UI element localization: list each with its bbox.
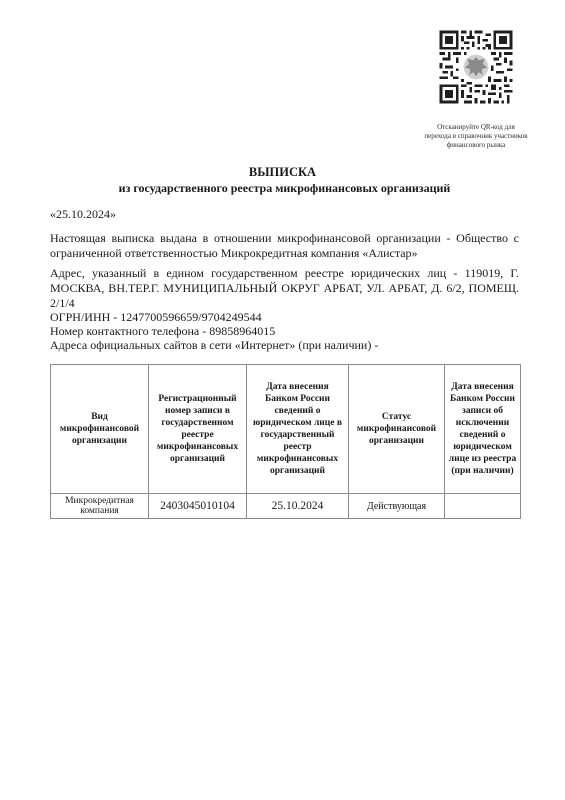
document-subtitle: из государственного реестра микрофинансо… (0, 181, 565, 196)
header-reg-number: Регистрационный номер записи в государст… (149, 365, 247, 494)
header-status: Статус микрофинансовой организации (349, 365, 445, 494)
phone-line: Номер контактного телефона - 89858964015 (50, 324, 519, 338)
qr-code-icon[interactable] (437, 28, 515, 106)
websites-line: Адреса официальных сайтов в сети «Интерн… (50, 338, 519, 352)
cell-status: Действующая (349, 494, 445, 519)
cell-date-excluded (445, 494, 521, 519)
header-date-excluded: Дата внесения Банком России записи об ис… (445, 365, 521, 494)
header-org-type: Вид микрофинансовой организации (51, 365, 149, 494)
intro-paragraph: Настоящая выписка выдана в отношении мик… (50, 231, 519, 261)
table-row: Микрокредитная компания 2403045010104 25… (51, 494, 521, 519)
table-header-row: Вид микрофинансовой организации Регистра… (51, 365, 521, 494)
header-date-added: Дата внесения Банком России сведений о ю… (247, 365, 349, 494)
document-title: ВЫПИСКА (0, 165, 565, 180)
document-page: Отсканируйте QR-код для перехода в справ… (0, 0, 565, 800)
cell-reg-number: 2403045010104 (149, 494, 247, 519)
registry-table: Вид микрофинансовой организации Регистра… (50, 364, 521, 519)
qr-block: Отсканируйте QR-код для перехода в справ… (424, 28, 528, 150)
identifiers-block: ОГРН/ИНН - 1247700596659/9704249544 Номе… (50, 310, 519, 352)
cell-org-type: Микрокредитная компания (51, 494, 149, 519)
qr-caption: Отсканируйте QR-код для перехода в справ… (424, 123, 528, 150)
address-paragraph: Адрес, указанный в едином государственно… (50, 266, 519, 311)
cell-date-added: 25.10.2024 (247, 494, 349, 519)
ogrn-inn-line: ОГРН/ИНН - 1247700596659/9704249544 (50, 310, 519, 324)
document-date: «25.10.2024» (50, 207, 519, 222)
